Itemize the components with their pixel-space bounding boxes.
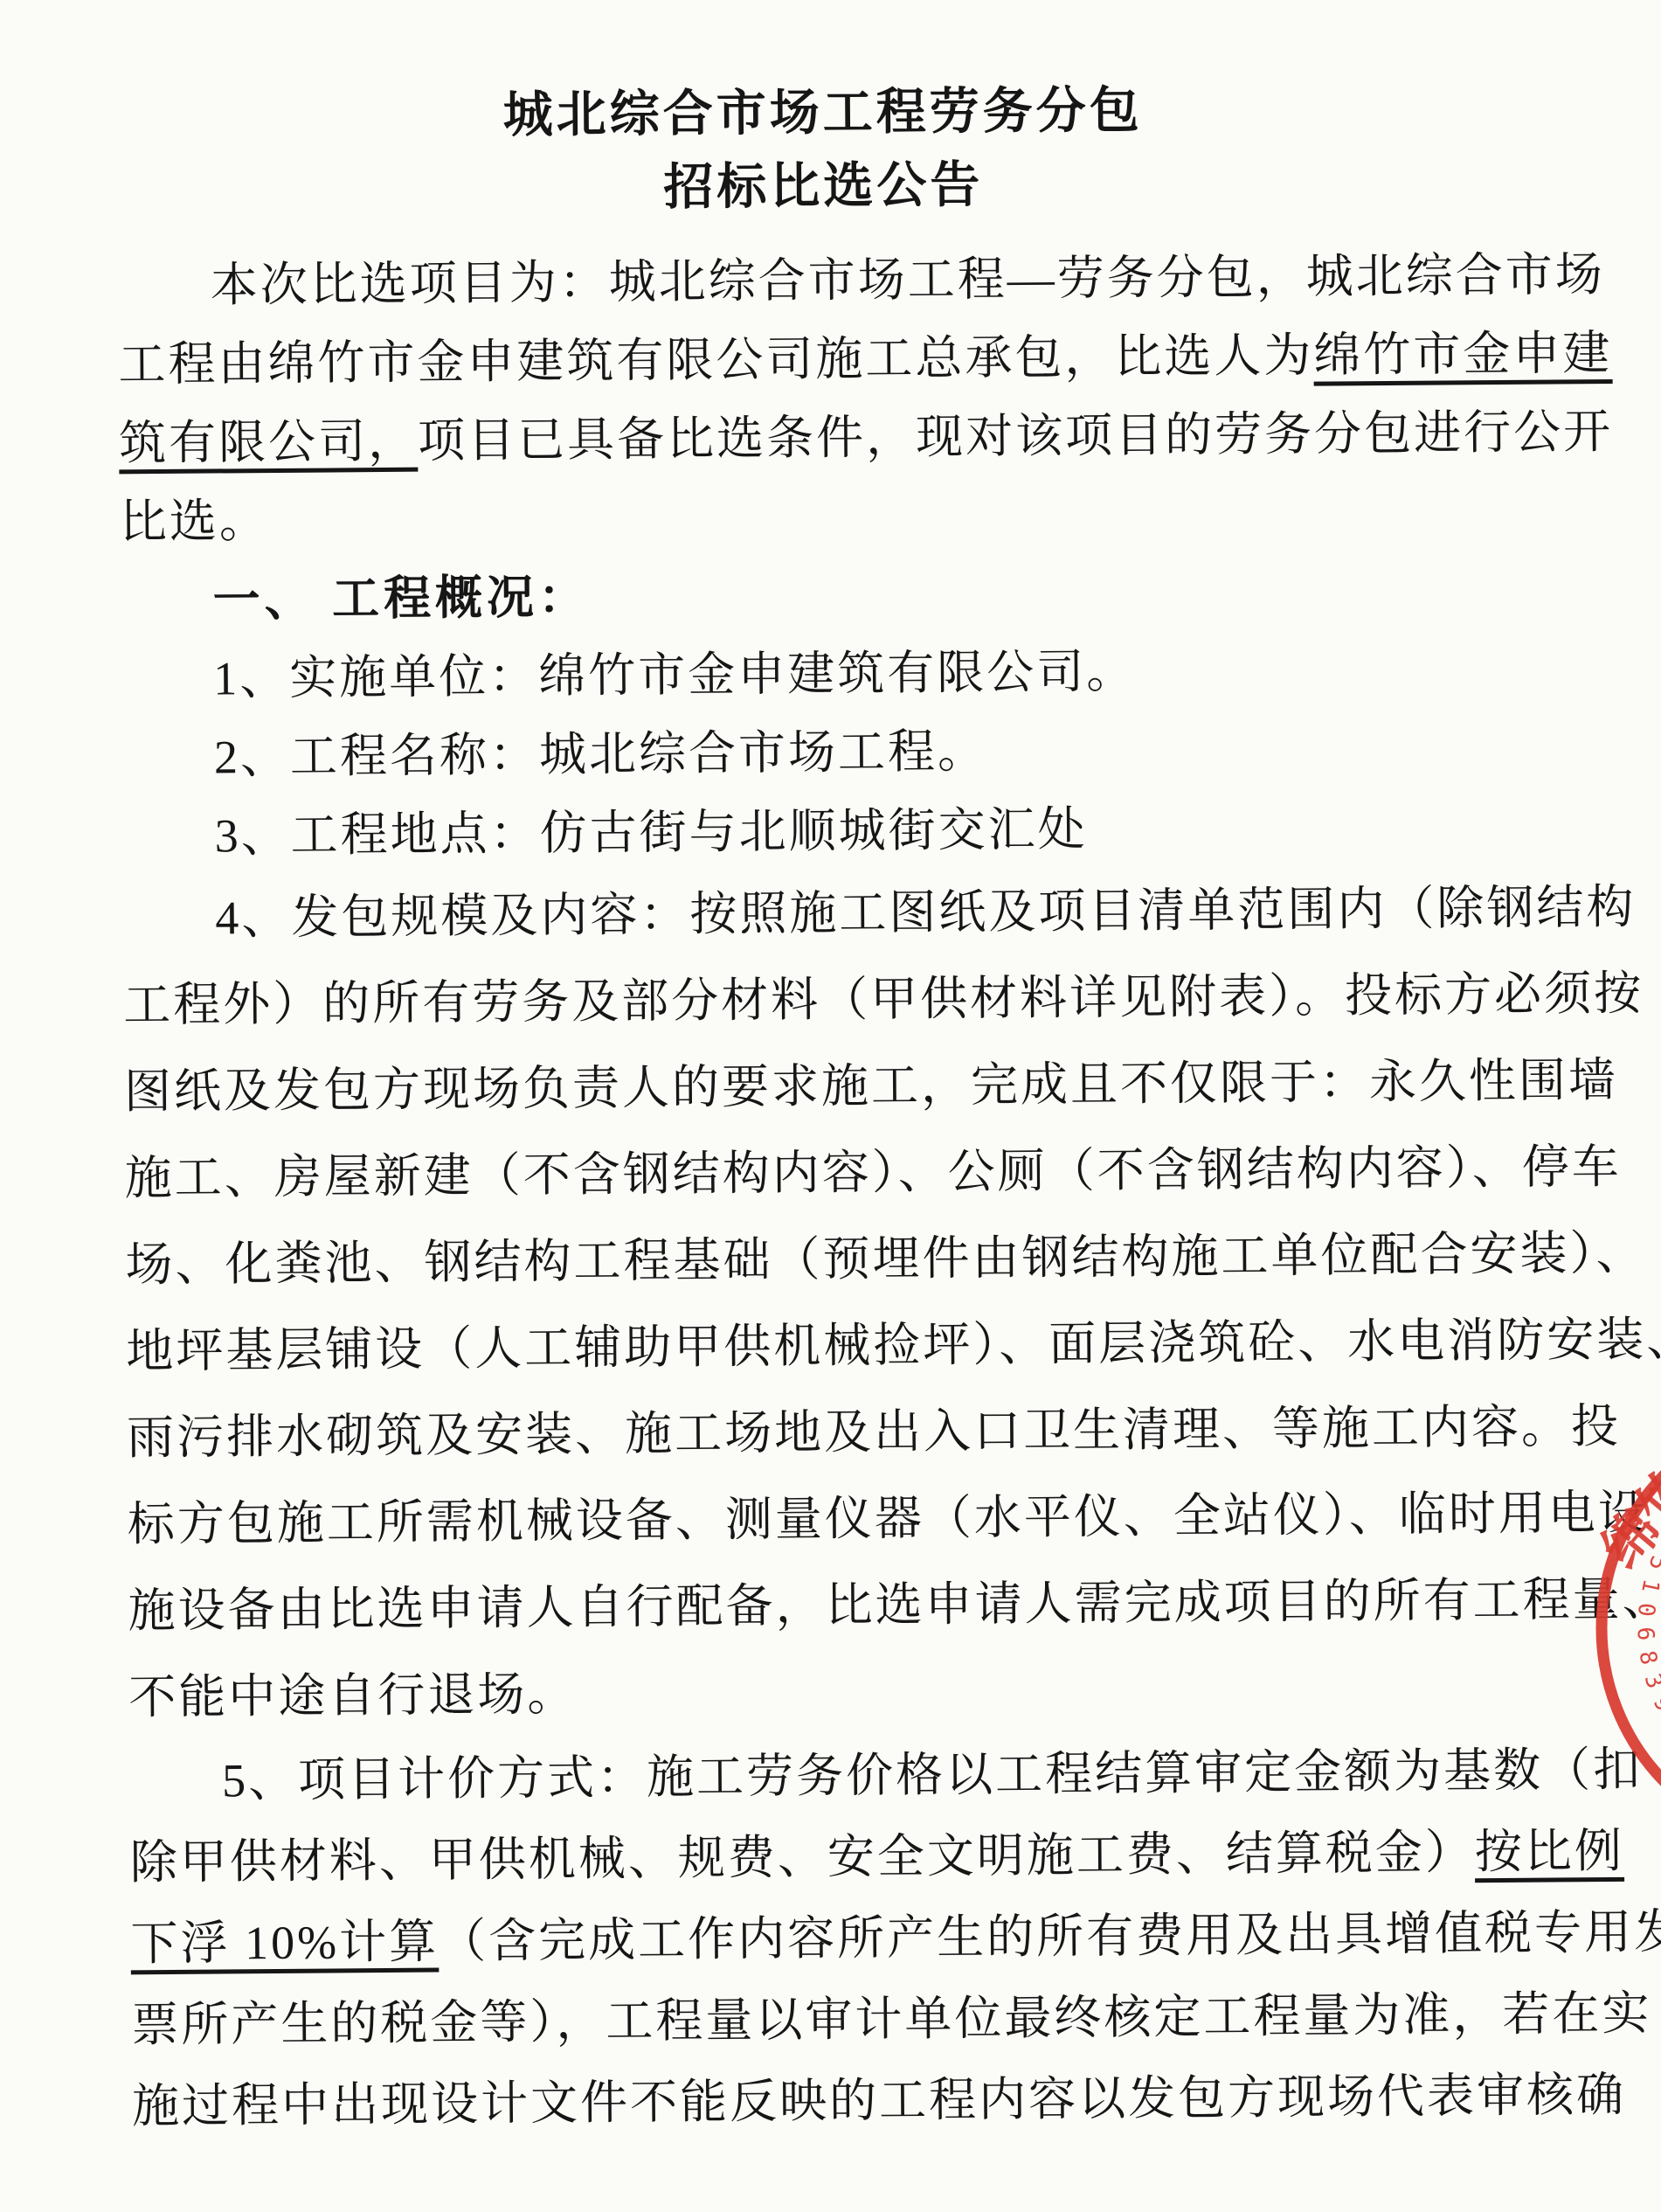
text-line: 不能中途自行退场。 — [128, 1643, 1661, 1742]
text-segment: 除甲供材料、甲供机械、规费、安全文明施工费、结算税金） — [130, 1826, 1475, 1889]
underlined-text: 下浮 10%计算 — [130, 1916, 439, 1971]
text-line: 5、项目计价方式：施工劳务价格以工程结算审定金额为基数（扣 — [129, 1730, 1661, 1823]
text-segment: 场、化粪池、钢结构工程基础（预埋件由钢结构施工单位配合安装）、 — [125, 1227, 1645, 1292]
title-line-1: 城北综合市场工程劳务分包 — [0, 71, 1654, 157]
text-line: 工程由绵竹市金申建筑有限公司施工总承包，比选人为绵竹市金申建 — [118, 314, 1656, 405]
document-body: 本次比选项目为：城北综合市场工程—劳务分包，城北综合市场工程由绵竹市金申建筑有限… — [0, 235, 1661, 2149]
text-segment: （含完成工作内容所产生的所有费用及出具增值税专用发 — [439, 1905, 1661, 1967]
section-heading: 一、 工程概况： — [120, 550, 1658, 641]
text-line: 施过程中出现设计文件不能反映的工程内容以发包方现场代表审核确 — [132, 2054, 1661, 2147]
text-segment: 雨污排水砌筑及安装、施工场地及出入口卫生清理、等施工内容。投 — [127, 1400, 1621, 1464]
document-content: 城北综合市场工程劳务分包 招标比选公告 本次比选项目为：城北综合市场工程—劳务分… — [0, 0, 1661, 2148]
text-segment: 施设备由比选申请人自行配备，比选申请人需完成项目的所有工程量、 — [128, 1572, 1661, 1637]
text-line: 票所产生的税金等），工程量以审计单位最终核定工程量为准，若在实 — [131, 1973, 1661, 2066]
text-segment: 施过程中出现设计文件不能反映的工程内容以发包方现场代表审核确 — [132, 2069, 1626, 2132]
underlined-text: 绵竹市金申建 — [1313, 327, 1612, 382]
text-segment: 施工、房屋新建（不含钢结构内容）、公厕（不含钢结构内容）、停车 — [125, 1141, 1622, 1204]
text-segment: 工程由绵竹市金申建筑有限公司施工总承包，比选人为 — [118, 329, 1313, 392]
text-segment: 不能中途自行退场。 — [128, 1668, 577, 1723]
text-line: 工程外）的所有劳务及部分材料（甲供材料详见附表）。投标方必须按 — [123, 951, 1661, 1050]
text-segment: 1、实施单位：绵竹市金申建筑有限公司。 — [213, 645, 1136, 704]
scanned-document-page: 城北综合市场工程劳务分包 招标比选公告 本次比选项目为：城北综合市场工程—劳务分… — [0, 0, 1661, 2212]
text-line: 2、工程名称：城北综合市场工程。 — [121, 707, 1659, 798]
text-line: 标方包施工所需机械设备、测量仪器（水平仪、全站仪）、临时用电设 — [127, 1470, 1661, 1569]
title-line-2: 招标比选公告 — [0, 144, 1654, 231]
text-line: 比选。 — [119, 471, 1657, 562]
text-segment: 图纸及发包方现场负责人的要求施工，完成且不仅限于：永久性围墙 — [124, 1054, 1618, 1118]
text-line: 场、化粪池、钢结构工程基础（预埋件由钢结构施工单位配合安装）、 — [125, 1210, 1661, 1309]
text-line: 筑有限公司，项目已具备比选条件，现对该项目的劳务分包进行公开 — [119, 392, 1657, 483]
text-line: 图纸及发包方现场负责人的要求施工，完成且不仅限于：永久性围墙 — [124, 1037, 1661, 1136]
text-segment: 工程外）的所有劳务及部分材料（甲供材料详见附表）。投标方必须按 — [123, 967, 1644, 1032]
text-segment: 4、发包规模及内容：按照施工图纸及项目清单范围内（除钢结构 — [215, 881, 1636, 945]
text-segment: 一、 工程概况： — [212, 571, 590, 626]
text-segment: 本次比选项目为：城北综合市场工程—劳务分包，城北综合市场 — [210, 248, 1604, 312]
text-segment: 票所产生的税金等），工程量以审计单位最终核定工程量为准，若在实 — [131, 1987, 1651, 2052]
text-line: 下浮 10%计算（含完成工作内容所产生的所有费用及出具增值税专用发 — [130, 1892, 1661, 1986]
text-line: 本次比选项目为：城北综合市场工程—劳务分包，城北综合市场 — [117, 235, 1655, 326]
text-segment: 3、工程地点：仿古街与北顺城街交汇处 — [214, 803, 1087, 863]
text-line: 地坪基层铺设（人工辅助甲供机械捡坪）、面层浇筑砼、水电消防安装、 — [126, 1297, 1661, 1396]
text-segment: 地坪基层铺设（人工辅助甲供机械捡坪）、面层浇筑砼、水电消防安装、 — [126, 1313, 1661, 1377]
text-segment: 比选。 — [120, 495, 269, 548]
text-line: 施工、房屋新建（不含钢结构内容）、公厕（不含钢结构内容）、停车 — [124, 1124, 1661, 1223]
text-segment: 项目已具备比选条件，现对该项目的劳务分包进行公开 — [418, 406, 1613, 468]
document-title: 城北综合市场工程劳务分包 招标比选公告 — [0, 0, 1654, 230]
text-line: 施设备由比选申请人自行配备，比选申请人需完成项目的所有工程量、 — [128, 1557, 1661, 1655]
text-segment: 2、工程名称：城北综合市场工程。 — [214, 725, 987, 784]
text-line: 除甲供材料、甲供机械、规费、安全文明施工费、结算税金）按比例 — [130, 1811, 1661, 1904]
underlined-text: 按比例 — [1475, 1825, 1624, 1878]
text-line: 雨污排水砌筑及安装、施工场地及出入口卫生清理、等施工内容。投 — [127, 1383, 1661, 1482]
text-segment: 5、项目计价方式：施工劳务价格以工程结算审定金额为基数（扣 — [222, 1744, 1643, 1807]
underlined-text: 筑有限公司， — [119, 415, 418, 470]
text-line: 4、发包规模及内容：按照施工图纸及项目清单范围内（除钢结构 — [122, 864, 1660, 963]
text-line: 3、工程地点：仿古街与北顺城街交汇处 — [121, 786, 1659, 877]
text-segment: 标方包施工所需机械设备、测量仪器（水平仪、全站仪）、临时用电设 — [128, 1487, 1648, 1551]
text-line: 1、实施单位：绵竹市金申建筑有限公司。 — [121, 628, 1658, 719]
